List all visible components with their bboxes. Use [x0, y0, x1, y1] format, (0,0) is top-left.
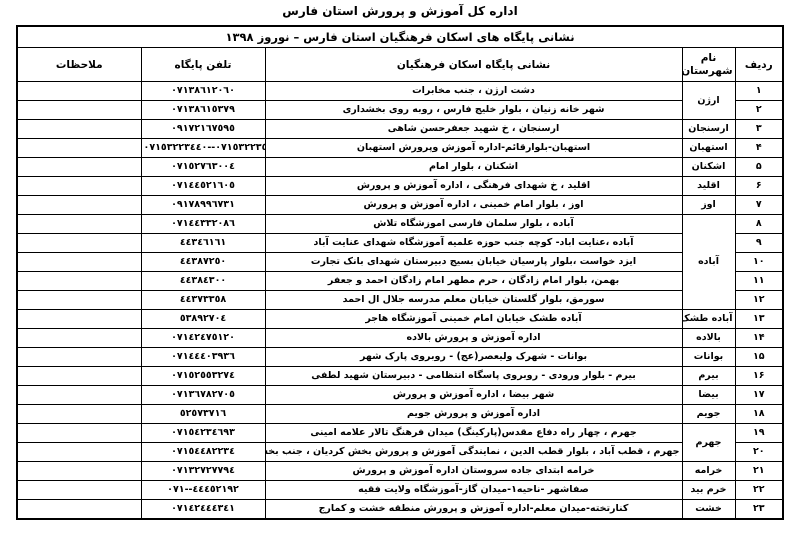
- row-number-cell: ۲۱: [735, 462, 783, 481]
- city-cell: بیرم: [682, 367, 735, 386]
- notes-cell: [17, 329, 141, 348]
- address-cell: اقلید ، خ شهدای فرهنگی ، اداره آموزش و پ…: [265, 177, 682, 196]
- row-number-cell: ۱۵: [735, 348, 783, 367]
- col-header-city-line1: نام: [685, 52, 733, 65]
- document-page: اداره کل آموزش و پرورش استان فارس نشانی …: [0, 0, 800, 557]
- table-row: ۲۰ جهرم ، قطب آباد ، بلوار قطب الدین ، ن…: [17, 443, 783, 462]
- row-number-cell: ۸: [735, 215, 783, 234]
- address-cell: کنارتخته-میدان معلم-اداره آموزش و پرورش …: [265, 500, 682, 520]
- address-cell: آباده ، بلوار سلمان فارسی اموزشگاه تلاش: [265, 215, 682, 234]
- table-row: ۱۱ بهمن، بلوار امام زادگان ، حرم مطهر ام…: [17, 272, 783, 291]
- table-subtitle-row: نشانی پایگاه های اسکان فرهنگیان استان فا…: [17, 26, 783, 48]
- notes-cell: [17, 481, 141, 500]
- table-row: ۱۷ بیضا شهر بیضا ، اداره آموزش و پرورش ٠…: [17, 386, 783, 405]
- city-cell: اشکنان: [682, 158, 735, 177]
- row-number-cell: ۲۲: [735, 481, 783, 500]
- city-cell: خرامه: [682, 462, 735, 481]
- notes-cell: [17, 196, 141, 215]
- notes-cell: [17, 253, 141, 272]
- table-row: ۲۲ خرم بید صفاشهر -ناحیه۱-میدان گاز-آموز…: [17, 481, 783, 500]
- row-number-cell: ۱۱: [735, 272, 783, 291]
- address-cell: شهر بیضا ، اداره آموزش و پرورش: [265, 386, 682, 405]
- phone-cell: ٠٧١٥٤٤٨٢٢٣٤: [141, 443, 265, 462]
- row-number-cell: ۲۳: [735, 500, 783, 520]
- phone-cell: ٠٧١٤٢٤٧٥١٢٠: [141, 329, 265, 348]
- phone-cell: ٤٤٣٨٤٣٠٠: [141, 272, 265, 291]
- city-cell: بالاده: [682, 329, 735, 348]
- table-row: ۱۸ جویم اداره آموزش و پرورش جویم ٥٢٥٧٣٧١…: [17, 405, 783, 424]
- phone-cell: ٠٧١٤٤٣٣٢٠٨٦: [141, 215, 265, 234]
- phone-cell: ٠٧١٣٢٧٢٧٧٩٤: [141, 462, 265, 481]
- phone-cell: ٠٧١٥٣٢٢٣٥٤٠--٠٧١٥٣٢٢٣٤٤٠: [141, 139, 265, 158]
- table-subtitle: نشانی پایگاه های اسکان فرهنگیان استان فا…: [17, 26, 783, 48]
- col-header-notes: ملاحظات: [17, 48, 141, 82]
- row-number-cell: ۱۶: [735, 367, 783, 386]
- bases-table: نشانی پایگاه های اسکان فرهنگیان استان فا…: [16, 25, 784, 520]
- address-cell: دشت ارژن ، جنب مخابرات: [265, 82, 682, 101]
- address-cell: بیرم - بلوار ورودی - روبروی پاسگاه انتظا…: [265, 367, 682, 386]
- col-header-city: نام شهرستان/: [682, 48, 735, 82]
- phone-cell: ٠٧١٥٢٧٦٣٠٠٤: [141, 158, 265, 177]
- row-number-cell: ۱۲: [735, 291, 783, 310]
- address-cell: شهر خانه زنیان ، بلوار خلیج فارس ، روبه …: [265, 101, 682, 120]
- city-cell: خشت: [682, 500, 735, 520]
- phone-cell: ٤٤٤٥٢١٩٢--٠٧١: [141, 481, 265, 500]
- notes-cell: [17, 291, 141, 310]
- table-row: ۹ آباده ،عنایت اباد- کوچه جنب حوزه علمیه…: [17, 234, 783, 253]
- notes-cell: [17, 120, 141, 139]
- phone-cell: ٠٧١٣٨٦١٢٠٦٠: [141, 82, 265, 101]
- row-number-cell: ۶: [735, 177, 783, 196]
- table-row: ۱۲ سورمق، بلوار گلستان خیابان معلم مدرسه…: [17, 291, 783, 310]
- row-number-cell: ۱۷: [735, 386, 783, 405]
- table-row: ۵ اشکنان اشکنان ، بلوار امام ٠٧١٥٢٧٦٣٠٠٤: [17, 158, 783, 177]
- notes-cell: [17, 405, 141, 424]
- phone-cell: ٠٧١٤٤٤٠٣٩٣٦: [141, 348, 265, 367]
- phone-cell: ٠٩١٧٨٩٩٦٧٣١: [141, 196, 265, 215]
- notes-cell: [17, 158, 141, 177]
- address-cell: اوز ، بلوار امام خمینی ، اداره آموزش و پ…: [265, 196, 682, 215]
- city-cell: جهرم: [682, 424, 735, 462]
- page-title: اداره کل آموزش و پرورش استان فارس: [0, 0, 800, 20]
- address-cell: ایزد خواست ،بلوار پارسیان خیابان بسیج دب…: [265, 253, 682, 272]
- col-header-phone: تلفن پایگاه: [141, 48, 265, 82]
- phone-cell: ٠٧١٤٤٥٢١٦٠٥: [141, 177, 265, 196]
- address-cell: بوانات - شهرک ولیعصر(عج) - روبروی پارک ش…: [265, 348, 682, 367]
- row-number-cell: ۹: [735, 234, 783, 253]
- phone-cell: ٠٧١٥٤٢٣٤٦٩٣: [141, 424, 265, 443]
- city-cell: استهبان: [682, 139, 735, 158]
- notes-cell: [17, 424, 141, 443]
- row-number-cell: ۳: [735, 120, 783, 139]
- phone-cell: ٥٣٨٩٢٧٠٤: [141, 310, 265, 329]
- notes-cell: [17, 310, 141, 329]
- table-row: ۱۹ جهرم جهرم ، چهار راه دفاع مقدس(پارکین…: [17, 424, 783, 443]
- table-row: ۲ شهر خانه زنیان ، بلوار خلیج فارس ، روب…: [17, 101, 783, 120]
- city-cell: ارژن: [682, 82, 735, 120]
- city-cell: اوز: [682, 196, 735, 215]
- city-cell: آباده طشک: [682, 310, 735, 329]
- notes-cell: [17, 101, 141, 120]
- notes-cell: [17, 234, 141, 253]
- address-cell: اداره آموزش و پرورش جویم: [265, 405, 682, 424]
- phone-cell: ٥٢٥٧٣٧١٦: [141, 405, 265, 424]
- phone-cell: ٤٤٣٨٧٢٥٠: [141, 253, 265, 272]
- phone-cell: ٠٧١٥٢٥٥٣٢٧٤: [141, 367, 265, 386]
- city-cell: بوانات: [682, 348, 735, 367]
- row-number-cell: ۵: [735, 158, 783, 177]
- row-number-cell: ۲: [735, 101, 783, 120]
- table-row: ۴ استهبان استهبان-بلوارقائم-اداره آموزش …: [17, 139, 783, 158]
- city-cell: بیضا: [682, 386, 735, 405]
- table-row: ۲۱ خرامه خرامه ابتدای جاده سروستان اداره…: [17, 462, 783, 481]
- phone-cell: ٠٧١٣٨٦١٥٣٧٩: [141, 101, 265, 120]
- phone-cell: ٠٧١٣٦٧٨٢٧٠٥: [141, 386, 265, 405]
- table-row: ۱۳ آباده طشک آباده طشک خیابان امام خمینی…: [17, 310, 783, 329]
- address-cell: بهمن، بلوار امام زادگان ، حرم مطهر امام …: [265, 272, 682, 291]
- notes-cell: [17, 348, 141, 367]
- phone-cell: ٠٧١٤٢٤٤٤٣٤١: [141, 500, 265, 520]
- address-cell: اشکنان ، بلوار امام: [265, 158, 682, 177]
- row-number-cell: ۱۴: [735, 329, 783, 348]
- notes-cell: [17, 500, 141, 520]
- row-number-cell: ۱۹: [735, 424, 783, 443]
- table-row: ۶ اقلید اقلید ، خ شهدای فرهنگی ، اداره آ…: [17, 177, 783, 196]
- address-cell: اداره آموزش و پرورش بالاده: [265, 329, 682, 348]
- city-cell: اقلید: [682, 177, 735, 196]
- col-header-row-number: ردیف: [735, 48, 783, 82]
- table-row: ۷ اوز اوز ، بلوار امام خمینی ، اداره آمو…: [17, 196, 783, 215]
- city-cell: آباده: [682, 215, 735, 310]
- notes-cell: [17, 82, 141, 101]
- row-number-cell: ۴: [735, 139, 783, 158]
- table-row: ۱۴ بالاده اداره آموزش و پرورش بالاده ٠٧١…: [17, 329, 783, 348]
- table-header-row: ردیف نام شهرستان/ نشانی پایگاه اسکان فره…: [17, 48, 783, 82]
- notes-cell: [17, 367, 141, 386]
- row-number-cell: ۱۳: [735, 310, 783, 329]
- notes-cell: [17, 443, 141, 462]
- phone-cell: ٠٩١٧٢١٦٧٥٩٥: [141, 120, 265, 139]
- row-number-cell: ۲۰: [735, 443, 783, 462]
- address-cell: استهبان-بلوارقائم-اداره آموزش وپرورش است…: [265, 139, 682, 158]
- notes-cell: [17, 386, 141, 405]
- address-cell: جهرم ، قطب آباد ، بلوار قطب الدین ، نمای…: [265, 443, 682, 462]
- table-row: ۲۳ خشت کنارتخته-میدان معلم-اداره آموزش و…: [17, 500, 783, 520]
- city-cell: خرم بید: [682, 481, 735, 500]
- table-row: ۱۶ بیرم بیرم - بلوار ورودی - روبروی پاسگ…: [17, 367, 783, 386]
- row-number-cell: ۱: [735, 82, 783, 101]
- address-cell: ارسنجان ، خ شهید جعفرحسن شاهی: [265, 120, 682, 139]
- col-header-address: نشانی پایگاه اسکان فرهنگیان: [265, 48, 682, 82]
- address-cell: آباده طشک خیابان امام خمینی آموزشگاه هاج…: [265, 310, 682, 329]
- city-cell: ارسنجان: [682, 120, 735, 139]
- notes-cell: [17, 177, 141, 196]
- table-row: ۱۰ ایزد خواست ،بلوار پارسیان خیابان بسیج…: [17, 253, 783, 272]
- table-row: ۸ آباده آباده ، بلوار سلمان فارسی اموزشگ…: [17, 215, 783, 234]
- phone-cell: ٤٤٣٧٣٣٥٨: [141, 291, 265, 310]
- address-cell: سورمق، بلوار گلستان خیابان معلم مدرسه جل…: [265, 291, 682, 310]
- phone-cell: ٤٤٣٤٦١٦١: [141, 234, 265, 253]
- table-row: ۳ ارسنجان ارسنجان ، خ شهید جعفرحسن شاهی …: [17, 120, 783, 139]
- table-row: ۱۵ بوانات بوانات - شهرک ولیعصر(عج) - روب…: [17, 348, 783, 367]
- row-number-cell: ۱۰: [735, 253, 783, 272]
- row-number-cell: ۷: [735, 196, 783, 215]
- notes-cell: [17, 462, 141, 481]
- city-cell: جویم: [682, 405, 735, 424]
- address-cell: صفاشهر -ناحیه۱-میدان گاز-آموزشگاه ولایت …: [265, 481, 682, 500]
- table-row: ۱ ارژن دشت ارژن ، جنب مخابرات ٠٧١٣٨٦١٢٠٦…: [17, 82, 783, 101]
- address-cell: جهرم ، چهار راه دفاع مقدس(پارکینگ) میدان…: [265, 424, 682, 443]
- address-cell: آباده ،عنایت اباد- کوچه جنب حوزه علمیه آ…: [265, 234, 682, 253]
- row-number-cell: ۱۸: [735, 405, 783, 424]
- col-header-city-line2: شهرستان/: [685, 65, 733, 78]
- notes-cell: [17, 215, 141, 234]
- notes-cell: [17, 139, 141, 158]
- address-cell: خرامه ابتدای جاده سروستان اداره آموزش و …: [265, 462, 682, 481]
- notes-cell: [17, 272, 141, 291]
